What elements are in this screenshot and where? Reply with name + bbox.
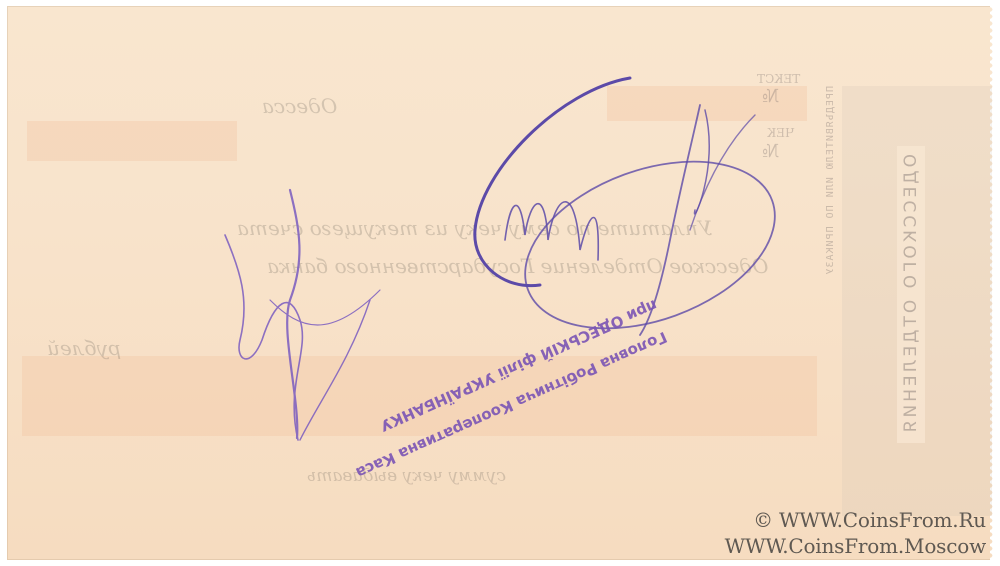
watermark-line-2: WWW.CoinsFrom.Moscow: [725, 534, 986, 558]
signature-layer: [0, 0, 1000, 566]
signature-heart: [225, 190, 380, 440]
watermark-line-1: © WWW.CoinsFrom.Ru: [753, 508, 986, 532]
